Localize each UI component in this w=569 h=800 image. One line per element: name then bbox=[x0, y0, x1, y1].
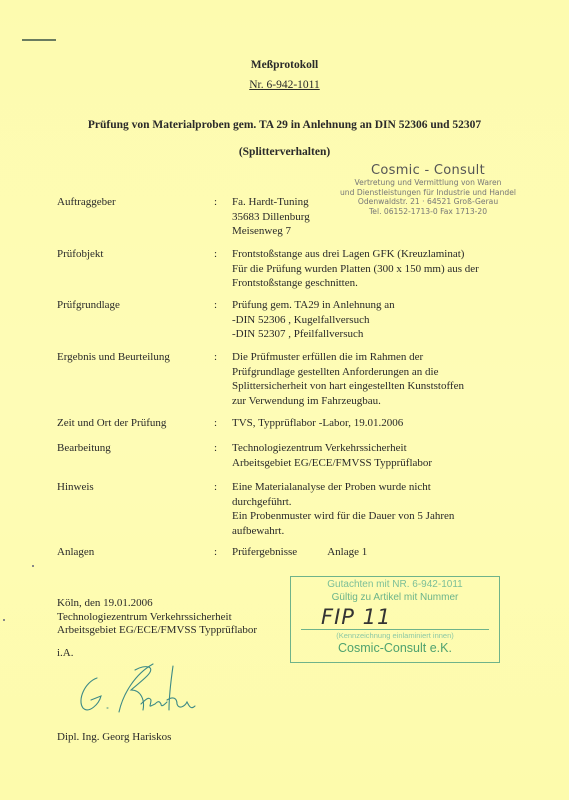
value-line: Für die Prüfung wurden Platten (300 x 15… bbox=[232, 262, 562, 277]
value-line: Die Prüfmuster erfüllen die im Rahmen de… bbox=[232, 350, 562, 365]
field-label: Prüfgrundlage bbox=[57, 298, 207, 313]
attachment-reference: Anlage 1 bbox=[327, 545, 367, 560]
value-line: aufbewahrt. bbox=[232, 524, 562, 539]
closing-block: Köln, den 19.01.2006 Technologiezentrum … bbox=[57, 597, 257, 638]
field-value: TVS, Typprüflabor -Labor, 19.01.2006 bbox=[232, 416, 562, 431]
value-line: Technologiezentrum Verkehrssicherheit bbox=[232, 441, 562, 456]
value-line: Meisenweg 7 bbox=[232, 224, 562, 239]
field-separator: : bbox=[214, 247, 217, 262]
field-separator: : bbox=[214, 441, 217, 456]
field-label: Hinweis bbox=[57, 480, 207, 495]
value-line: TVS, Typprüflabor -Labor, 19.01.2006 bbox=[232, 416, 562, 431]
scan-speck bbox=[3, 619, 5, 621]
field-separator: : bbox=[214, 195, 217, 210]
value-line: Fa. Hardt-Tuning bbox=[232, 195, 562, 210]
value-line: Ein Probenmuster wird für die Dauer von … bbox=[232, 509, 562, 524]
value-line: Arbeitsgebiet EG/ECE/FMVSS Typprüflabor bbox=[232, 456, 562, 471]
stamp-rule bbox=[301, 629, 489, 630]
place-date: Köln, den 19.01.2006 bbox=[57, 597, 257, 611]
document-title: Meßprotokoll bbox=[0, 59, 569, 71]
field-label: Auftraggeber bbox=[57, 195, 207, 210]
field-value: Technologiezentrum Verkehrssicherheit Ar… bbox=[232, 441, 562, 470]
field-label: Anlagen bbox=[57, 545, 207, 560]
field-value: Eine Materialanalyse der Proben wurde ni… bbox=[232, 480, 562, 538]
stamp-company: Cosmic-Consult e.K. bbox=[291, 641, 499, 655]
stamp-line: (Kennzeichnung einlaminiert innen) bbox=[291, 631, 499, 640]
field-separator: : bbox=[214, 480, 217, 495]
field-value: Fa. Hardt-Tuning 35683 Dillenburg Meisen… bbox=[232, 195, 562, 239]
field-label: Prüfobjekt bbox=[57, 247, 207, 262]
field-separator: : bbox=[214, 298, 217, 313]
field-label: Zeit und Ort der Prüfung bbox=[57, 416, 207, 431]
field-label: Bearbeitung bbox=[57, 441, 207, 456]
field-value: Prüfung gem. TA29 in Anlehnung an -DIN 5… bbox=[232, 298, 562, 342]
document-page: Meßprotokoll Nr. 6-942-1011 Prüfung von … bbox=[0, 0, 569, 800]
punch-mark bbox=[22, 39, 56, 41]
value-line: 35683 Dillenburg bbox=[232, 210, 562, 225]
value-line: -DIN 52307 , Pfeilfallversuch bbox=[232, 327, 562, 342]
value-line: Prüfung gem. TA29 in Anlehnung an bbox=[232, 298, 562, 313]
closing-org: Technologiezentrum Verkehrssicherheit bbox=[57, 611, 257, 625]
stamp-line: Gültig zu Artikel mit Nummer bbox=[291, 592, 499, 603]
value-line: zur Verwendung im Fahrzeugbau. bbox=[232, 394, 562, 409]
value-line: durchgeführt. bbox=[232, 495, 562, 510]
value-line: Eine Materialanalyse der Proben wurde ni… bbox=[232, 480, 562, 495]
protocol-number: Nr. 6-942-1011 bbox=[0, 79, 569, 91]
field-value: PrüfergebnisseAnlage 1 bbox=[232, 545, 562, 560]
document-subject: Prüfung von Materialproben gem. TA 29 in… bbox=[0, 119, 569, 131]
value-line: Frontstoßstange geschnitten. bbox=[232, 276, 562, 291]
certificate-stamp: Gutachten mit NR. 6-942-1011 Gültig zu A… bbox=[290, 576, 500, 663]
field-value: Frontstoßstange aus drei Lagen GFK (Kreu… bbox=[232, 247, 562, 291]
value-line: Prüfergebnisse bbox=[232, 546, 297, 558]
field-separator: : bbox=[214, 545, 217, 560]
scan-speck bbox=[32, 565, 34, 567]
document-subtitle: (Splitterverhalten) bbox=[0, 146, 569, 158]
field-separator: : bbox=[214, 350, 217, 365]
letterhead-line: Vertretung und Vermittlung von Waren bbox=[318, 178, 538, 188]
handwritten-article-number: FIP 11 bbox=[321, 605, 391, 629]
on-behalf-note: i.A. bbox=[57, 647, 74, 659]
value-line: Splittersicherheit von hart eingestellte… bbox=[232, 379, 562, 394]
value-line: Prüfgrundlage gestellten Anforderungen a… bbox=[232, 365, 562, 380]
field-separator: : bbox=[214, 416, 217, 431]
field-value: Die Prüfmuster erfüllen die im Rahmen de… bbox=[232, 350, 562, 408]
field-label: Ergebnis und Beurteilung bbox=[57, 350, 207, 365]
value-line: Frontstoßstange aus drei Lagen GFK (Kreu… bbox=[232, 247, 562, 262]
letterhead-brand: Cosmic - Consult bbox=[318, 163, 538, 178]
value-line: -DIN 52306 , Kugelfallversuch bbox=[232, 313, 562, 328]
signature-icon bbox=[75, 660, 205, 720]
stamp-line: Gutachten mit NR. 6-942-1011 bbox=[291, 579, 499, 590]
signer-name: Dipl. Ing. Georg Hariskos bbox=[57, 731, 171, 743]
closing-dept: Arbeitsgebiet EG/ECE/FMVSS Typprüflabor bbox=[57, 624, 257, 638]
